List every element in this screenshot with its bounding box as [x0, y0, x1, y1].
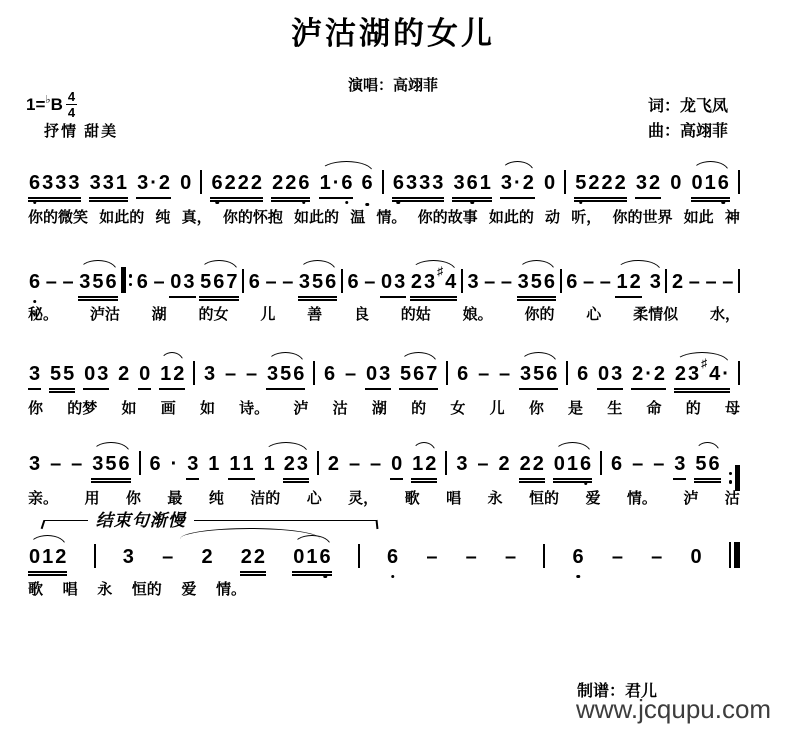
lyric-syllable: 生 [607, 397, 622, 418]
dash-extension: – [369, 452, 382, 478]
note: 6 [456, 362, 469, 388]
note: 2 [497, 452, 510, 478]
note: 1·6 [319, 171, 354, 199]
note-char: – [652, 452, 665, 476]
note-char: 0 [543, 171, 556, 195]
slur-group: 567 [399, 362, 438, 390]
dash-extension: – [631, 452, 644, 478]
note: 12 [411, 452, 437, 483]
note-char: – [245, 362, 258, 386]
note-char: 2 [671, 270, 684, 294]
lyric-syllable: 爱 [585, 487, 600, 508]
lyric-syllable: 泸 [293, 397, 308, 418]
lyric-syllable: 情。 [376, 206, 406, 227]
slur-group: 12 [159, 362, 185, 390]
note-char: 2 [117, 362, 130, 386]
slur-group: 23♯4· [674, 362, 730, 393]
note-char: 3 [186, 452, 199, 476]
note-char: 2 [250, 171, 263, 195]
dash-extension: – [348, 452, 361, 478]
bracket-tick-right [376, 519, 379, 528]
lyric-syllable: 洁的 [250, 487, 280, 508]
note-char: 2 [629, 270, 642, 294]
note-char: 0 [365, 362, 378, 386]
note: 6 [572, 545, 585, 571]
dash-extension: – [49, 452, 62, 478]
note-char: · [332, 171, 341, 195]
notes-row: 3550320123––3566–035676––3566032·223♯4· [28, 356, 740, 390]
barline [193, 361, 195, 385]
note-char: 0 [597, 362, 610, 386]
final-bar-thin [729, 542, 731, 568]
lyric-syllable: 诗。 [239, 397, 269, 418]
dash-extension: – [599, 270, 612, 296]
note: 23 [283, 452, 309, 483]
lyrics-row: 你的微笑如此的纯真，你的怀抱如此的温情。你的故事如此的动听，你的世界如此神 [28, 206, 740, 227]
dash-extension: – [582, 270, 595, 296]
note: 3 [455, 452, 468, 478]
lyric-syllable: 歌 [405, 487, 420, 508]
note-char: – [363, 270, 376, 294]
note-char: 2 [224, 171, 237, 195]
lyric-syllable: 爱 [181, 578, 196, 599]
note-char: 2 [158, 171, 171, 195]
note: 3·2 [136, 171, 171, 199]
note-char: – [483, 270, 496, 294]
note-char: 3 [28, 362, 41, 386]
note-char: 1 [242, 452, 255, 476]
note-char: – [348, 452, 361, 476]
note-char: – [599, 270, 612, 294]
note-char: 3 [500, 171, 513, 195]
note-char: 2 [532, 452, 545, 476]
meter-denominator: 4 [68, 105, 75, 119]
note-char: 5 [530, 270, 543, 294]
dash-extension: – [224, 362, 237, 388]
note: 361 [452, 171, 491, 202]
note-char: 4 [708, 362, 721, 386]
note: 03 [169, 270, 195, 298]
note-char: 5 [399, 362, 412, 386]
music-line-4: 3––3566·31111232––0123–2220166––356 亲。用你… [28, 446, 740, 508]
note-char: 2 [614, 171, 627, 195]
song-title: 泸沽湖的女儿 [0, 8, 786, 53]
note: 3 [28, 362, 41, 390]
note-char: 3 [649, 270, 662, 296]
note-char: 5 [104, 452, 117, 476]
note: 5222 [574, 171, 627, 202]
lyric-syllable: 湖 [372, 397, 387, 418]
note: 3·2 [500, 171, 535, 199]
note: 6 [347, 270, 360, 296]
note: 012 [28, 545, 67, 576]
octave-dot [722, 201, 726, 205]
note-char: 3 [182, 270, 195, 294]
barline [543, 544, 545, 568]
bracket-tick-left [41, 519, 45, 528]
note-char: 6 [717, 171, 730, 195]
note-char: – [281, 270, 294, 294]
lyric-syllable: 的 [686, 397, 701, 418]
note: 0 [690, 545, 703, 571]
dash-extension: – [363, 270, 376, 296]
lyric-syllable: 画 [161, 397, 176, 418]
note: 6333 [392, 171, 445, 202]
lyrics-row: 你的梦如画如诗。泸沽湖的女儿你是生命的母 [28, 397, 740, 418]
note: 331 [89, 171, 128, 202]
note: 3 [186, 452, 199, 480]
note-char: 3 [91, 452, 104, 476]
dash-extension: – [153, 270, 166, 296]
lyric-syllable: 是 [568, 397, 583, 418]
lyric-syllable: 如此的 [489, 206, 534, 227]
note: 6 [248, 270, 261, 296]
lyric-syllable: 娘。 [463, 303, 493, 324]
lyric-syllable: 心 [307, 487, 322, 508]
note: 12 [615, 270, 641, 298]
note-char: 6 [572, 545, 585, 569]
final-barline [729, 542, 740, 568]
note-char: · [149, 171, 158, 195]
dash-extension: – [70, 452, 83, 478]
note-char: – [425, 545, 438, 569]
slur-group: 016 [553, 452, 592, 483]
lyric-syllable: 温 [350, 206, 365, 227]
note-char: 2 [424, 452, 437, 476]
dash-extension: – [498, 362, 511, 388]
note-char: 3 [452, 171, 465, 195]
slur-group: 356 [517, 270, 556, 301]
notes-row: 0123–2220166–––6––0 [28, 537, 740, 571]
note-char: 3 [54, 171, 67, 195]
octave-dot [323, 575, 327, 579]
note-char: 3 [610, 362, 623, 386]
note: 3 [28, 452, 41, 478]
lyric-syllable: 你的故事 [418, 206, 478, 227]
lyric-syllable: 永 [488, 487, 503, 508]
lyric-syllable: 善 [307, 303, 322, 324]
note-char: 3 [89, 171, 102, 195]
note: 55 [49, 362, 75, 393]
lyric-syllable: 的 [411, 397, 426, 418]
note-char: 0 [390, 452, 403, 476]
note: 1 [207, 452, 220, 478]
dash-extension: – [705, 270, 718, 296]
note-char: 6 [456, 362, 469, 386]
dash-extension: – [504, 545, 517, 571]
barline [566, 361, 568, 385]
repeat-begin-sign [121, 267, 132, 293]
note-char: 1 [566, 452, 579, 476]
note: 356 [91, 452, 130, 483]
note: 3 [673, 452, 686, 480]
note-char: 2 [653, 362, 666, 386]
final-bar-thick [734, 542, 740, 568]
time-signature: 4 4 [66, 90, 77, 119]
note-char: 6 [28, 171, 41, 195]
note-char: 1 [41, 545, 54, 569]
lyric-syllable: 纯 [155, 206, 170, 227]
note-char: 3 [466, 270, 479, 294]
note: 22 [519, 452, 545, 483]
dash-extension: – [500, 270, 513, 296]
note-char: – [224, 362, 237, 386]
slur-group: 12 [411, 452, 437, 483]
slur-group: 123 [263, 452, 309, 483]
slur-group: 016 [691, 171, 730, 202]
note: 0 [543, 171, 556, 197]
note-char: – [264, 270, 277, 294]
note-char: 0 [83, 362, 96, 386]
note-char: 5 [49, 362, 62, 386]
note-char: 3 [78, 270, 91, 294]
lyric-syllable: 你的 [524, 303, 554, 324]
dash-extension: – [264, 270, 277, 296]
barline [94, 544, 96, 568]
flat-icon: ♭ [45, 93, 50, 106]
lyric-syllable: 情。 [216, 578, 246, 599]
note-char: 3 [423, 270, 436, 294]
lyric-syllable: 恒的 [529, 487, 559, 508]
note-char: 2 [522, 171, 535, 195]
note-char: 6 [149, 452, 162, 476]
note: 11 [228, 452, 254, 480]
note: · [170, 452, 179, 478]
lyrics-row: 亲。用你最纯洁的心灵，歌唱永恒的爱情。泸沽 [28, 487, 740, 508]
lyric-syllable: 用 [84, 487, 99, 508]
note-char: 1 [479, 171, 492, 195]
lyric-syllable: 你的怀抱 [223, 206, 283, 227]
note: 016 [553, 452, 592, 483]
note-char: – [650, 545, 663, 569]
dash-extension: – [483, 270, 496, 296]
note-char: – [369, 452, 382, 476]
barline [738, 361, 740, 385]
lyric-syllable: 情。 [627, 487, 657, 508]
note-char: 3 [203, 362, 216, 386]
note-char: 3 [296, 452, 309, 476]
note-char: 0 [169, 270, 182, 294]
note: 356 [266, 362, 305, 390]
note: 0 [669, 171, 682, 197]
note-char: 3 [122, 545, 135, 569]
note-char: 3 [519, 362, 532, 386]
lyric-syllable: 良 [354, 303, 369, 324]
note-char: 1 [207, 452, 220, 476]
note: 2 [327, 452, 340, 478]
note-char: 6 [466, 171, 479, 195]
note-char: 2 [200, 545, 213, 569]
note-char: 6 [565, 270, 578, 294]
note-char: 1 [305, 545, 318, 569]
note-char: 3 [67, 171, 80, 195]
octave-dot [215, 201, 219, 205]
note: 356 [78, 270, 117, 301]
note-char: 3 [635, 171, 648, 195]
note: 6 [565, 270, 578, 296]
dash-extension: – [465, 545, 478, 571]
note-char: – [49, 452, 62, 476]
note-char: 0 [553, 452, 566, 476]
lyric-syllable: 如此的 [99, 206, 144, 227]
note: 6 [149, 452, 162, 478]
lyric-syllable: 如 [200, 397, 215, 418]
note-char: 0 [138, 362, 151, 386]
note-char: 2 [631, 362, 644, 386]
note-char: 2 [253, 545, 266, 569]
lyric-syllable: 你的微笑 [28, 206, 88, 227]
note-char: 1 [263, 452, 276, 481]
note-char: 5 [279, 362, 292, 386]
note: 0 [179, 171, 192, 197]
note-char: 5 [62, 362, 75, 386]
ending-phrase-label: 结束句渐慢 [88, 506, 194, 531]
lyric-syllable: 湖 [152, 303, 167, 324]
note-char: 2 [271, 171, 284, 195]
note-char: 6 [212, 270, 225, 294]
note-char: 3 [102, 171, 115, 195]
barline [313, 361, 315, 385]
note: 32 [635, 171, 661, 199]
lyric-syllable: 你的世界 [612, 206, 672, 227]
lyric-syllable: 的姑 [401, 303, 431, 324]
note: 6 [610, 452, 623, 478]
slur-group: 356 [519, 362, 558, 390]
note-char: – [61, 270, 74, 294]
note: 3 [203, 362, 216, 388]
octave-dot [576, 575, 580, 579]
dash-extension: – [650, 545, 663, 571]
note-char: 3 [298, 270, 311, 294]
lyric-syllable: 水， [710, 303, 740, 324]
music-line-3: 3550320123––3566–035676––3566032·223♯4· … [28, 356, 740, 418]
barline [341, 269, 343, 293]
note: 356 [517, 270, 556, 301]
lyricist-credit: 词：龙飞凤 [648, 93, 728, 116]
note-char: 6 [248, 270, 261, 294]
note-char: 2 [172, 362, 185, 386]
note-char: – [161, 545, 174, 569]
barline [665, 269, 667, 293]
note-char: · [170, 452, 179, 476]
barline [560, 269, 562, 293]
dash-extension: – [281, 270, 294, 296]
barline [445, 451, 447, 475]
note-char: 6 [292, 362, 305, 386]
composer-credit: 曲：高翊菲 [648, 118, 728, 141]
barline [564, 170, 566, 194]
note: 6 [28, 270, 41, 296]
lyric-syllable: 真， [182, 206, 212, 227]
note-char: 6 [360, 171, 373, 197]
note-char: · [721, 362, 730, 386]
lyric-syllable: 心 [586, 303, 601, 324]
note-char: – [721, 270, 734, 294]
note-char: ♯ [700, 356, 708, 380]
note-char: 0 [669, 171, 682, 195]
lyric-syllable: 唱 [446, 487, 461, 508]
octave-dot [33, 201, 37, 205]
note-char: 3 [431, 171, 444, 195]
lyric-syllable: 的女 [198, 303, 228, 324]
note-char: 5 [311, 270, 324, 294]
note: 6222 [210, 171, 263, 202]
slur-group: 123 [615, 270, 661, 298]
octave-dot [345, 201, 349, 205]
note-char: 3 [28, 452, 41, 476]
barline [242, 269, 244, 293]
note: 016 [691, 171, 730, 202]
slur-group: 567 [199, 270, 238, 301]
slur-group: 356 [298, 270, 337, 301]
note-char: 3 [405, 171, 418, 195]
lyric-syllable: 最 [167, 487, 182, 508]
note-char: 3 [96, 362, 109, 386]
lyric-syllable: 如 [121, 397, 136, 418]
slur-group: 016 [292, 545, 331, 576]
lyric-syllable: 沽 [333, 397, 348, 418]
barline [358, 544, 360, 568]
lyric-syllable: 你 [28, 397, 43, 418]
note-char: 3 [455, 452, 468, 476]
note-char: 5 [574, 171, 587, 195]
repeat-dots [729, 472, 733, 484]
dash-extension: – [245, 362, 258, 388]
lyric-syllable: 听， [571, 206, 601, 227]
note-char: 6 [347, 270, 360, 294]
note-char: – [688, 270, 701, 294]
lyric-syllable: 泸 [683, 487, 698, 508]
meter-numerator: 4 [66, 90, 77, 105]
note-char: – [611, 545, 624, 569]
note-char: – [500, 270, 513, 294]
lyric-syllable: 女 [450, 397, 465, 418]
note: 6 [576, 362, 589, 388]
note-char: – [477, 362, 490, 386]
note-char: 2 [240, 545, 253, 569]
note: 356 [519, 362, 558, 390]
dash-extension: – [61, 270, 74, 296]
note-char: 2 [283, 452, 296, 476]
lyric-syllable: 恒的 [132, 578, 162, 599]
note: 1 [263, 452, 276, 483]
note-char: 5 [91, 270, 104, 294]
dash-extension: – [688, 270, 701, 296]
notes-row: 3––3566·31111232––0123–2220166––356 [28, 446, 740, 480]
note-char: 6 [392, 171, 405, 195]
lyrics-row: 秘。泸沽湖的女儿善良的姑娘。你的心柔情似水， [28, 303, 740, 324]
note: 0 [390, 452, 403, 480]
note: 3 [466, 270, 479, 296]
note-char: 6 [297, 171, 310, 195]
website-text: www.jcqupu.com [576, 694, 771, 725]
note-char: 6 [412, 362, 425, 386]
note-char: 3 [136, 171, 149, 195]
note: 226 [271, 171, 310, 202]
note-char: – [45, 270, 58, 294]
note: 2·2 [631, 362, 666, 390]
lyric-syllable: 纯 [209, 487, 224, 508]
note: 3 [122, 545, 135, 571]
note-char: 6 [28, 270, 41, 294]
sheet-music-page: 泸沽湖的女儿 演唱：高翊菲 1=♭B 4 4 抒情 甜美 词：龙飞凤 曲：高翊菲… [0, 0, 786, 735]
octave-dot [302, 201, 306, 205]
lyric-syllable: 泸沽 [90, 303, 120, 324]
note-char: 6 [543, 270, 556, 294]
octave-dot [584, 482, 588, 486]
note: 016 [292, 545, 331, 576]
note-char: 2 [327, 452, 340, 476]
